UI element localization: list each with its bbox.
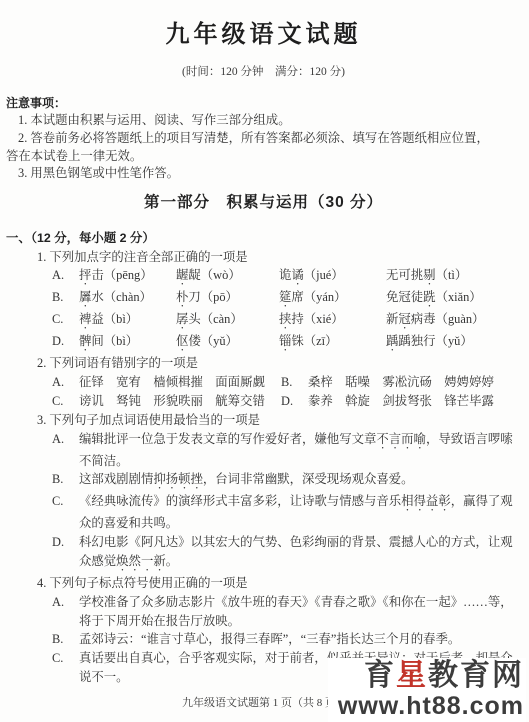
- q1-term: 诡谲（jué）: [279, 266, 386, 288]
- notes-block: 注意事项： 1. 本试题由积累与运用、阅读、写作三部分组成。 2. 答卷前务必将…: [6, 95, 521, 183]
- watermark-url: www.ht88.com: [338, 694, 524, 719]
- q1-term: 锱铢（zī）: [279, 332, 386, 354]
- option-label: B.: [52, 470, 79, 489]
- q1-row-a: A.抨击（pēng） 龌龊（wò） 诡谲（jué） 无可挑剔（tì）: [52, 266, 521, 288]
- note-item-2-line1: 2. 答卷前务必将答题纸上的项目写清楚，所有答案都必须涂、填写在答题纸相应位置，: [6, 130, 521, 148]
- q2-group-a: A.征铎 宽宥 樯倾楫摧 面面厮觑: [52, 373, 281, 392]
- q3-option-a: A.编辑批评一位急于发表文章的写作爱好者，嫌他写文章不言而喻，导致语言啰嗦不简洁…: [52, 430, 521, 471]
- q3-option-b: B.这部戏剧剧情抑扬顿挫，台词非常幽默，深受现场观众喜爱。: [52, 470, 521, 492]
- option-label: D.: [52, 332, 79, 351]
- option-label: C.: [52, 392, 79, 411]
- part-one-heading: 一、（12 分，每小题 2 分）: [6, 229, 521, 248]
- note-item-2-line2: 答在本试卷上一律无效。: [6, 148, 521, 166]
- option-label: D.: [281, 392, 308, 411]
- q3-option-c: C.《经典咏流传》的演绎形式丰富多彩，让诗歌与情感与音乐相得益彰，赢得了观众的喜…: [52, 492, 521, 533]
- q4-option-b: B.孟郊诗云：“谁言寸草心，报得三春晖”，“三春”指长达三个月的春季。: [52, 630, 521, 649]
- watermark: 育星教育网 www.ht88.com: [328, 658, 526, 722]
- option-label: A.: [52, 266, 79, 285]
- q1-term: 龌龊（wò）: [176, 266, 279, 288]
- exam-page: 九年级语文试题 (时间：120 分钟 满分：120 分) 注意事项： 1. 本试…: [0, 0, 529, 722]
- option-label: C.: [52, 492, 79, 511]
- q1-stem: 1. 下列加点字的注音全部正确的一项是: [37, 248, 521, 267]
- q1-term: C.裨益（bì）: [52, 310, 176, 332]
- option-label: A.: [52, 373, 79, 392]
- q1-term: A.抨击（pēng）: [52, 266, 176, 288]
- option-label: A.: [52, 430, 79, 449]
- q4-stem: 4. 下列句子标点符号使用正确的一项是: [37, 574, 521, 593]
- note-item-3: 3. 用黑色钢笔或中性笔作答。: [6, 165, 521, 183]
- q2-group-b: B.桑梓 聒噪 雾凇沆砀 娉娉婷婷: [281, 373, 521, 392]
- q1-term: 筵席（yán）: [279, 288, 386, 310]
- q2-group-c: C.谤讥 驽钝 形貌昳丽 觥筹交错: [52, 392, 281, 411]
- q2-stem: 2. 下列词语有错别字的一项是: [37, 354, 521, 373]
- q3-stem: 3. 下列句子加点词语使用最恰当的一项是: [37, 411, 521, 430]
- q1-term: 无可挑剔（tì）: [386, 266, 521, 288]
- note-item-1: 1. 本试题由积累与运用、阅读、写作三部分组成。: [6, 112, 521, 130]
- watermark-brand-accent: 星: [396, 659, 428, 692]
- q2-group-d: D.豢养 斡旋 剑拔弩张 锋芒毕露: [281, 392, 521, 411]
- q1-term: B.羼水（chàn）: [52, 288, 176, 310]
- option-label: A.: [52, 593, 79, 612]
- q2-row-cd: C.谤讥 驽钝 形貌昳丽 觥筹交错 D.豢养 斡旋 剑拔弩张 锋芒毕露: [52, 392, 521, 411]
- option-label: D.: [52, 533, 79, 552]
- q1-term: 新冠病毒（guàn）: [386, 310, 521, 332]
- q1-term: 朴刀（pō）: [176, 288, 279, 310]
- option-label: B.: [52, 288, 79, 307]
- q1-term: D.髀间（bì）: [52, 332, 176, 354]
- q1-row-b: B.羼水（chàn） 朴刀（pō） 筵席（yán） 免冠徒跣（xiǎn）: [52, 288, 521, 310]
- exam-meta-line: (时间：120 分钟 满分：120 分): [6, 63, 521, 82]
- option-label: C.: [52, 310, 79, 329]
- q1-row-c: C.裨益（bì） 孱头（càn） 挟持（xié） 新冠病毒（guàn）: [52, 310, 521, 332]
- option-label: C.: [52, 649, 79, 668]
- q1-term: 孱头（càn）: [176, 310, 279, 332]
- q1-term: 挟持（xié）: [279, 310, 386, 332]
- q3-option-d: D.科幻电影《阿凡达》以其宏大的气势、色彩绚丽的背景、震撼人心的方式，让观众感觉…: [52, 533, 521, 574]
- q1-term: 踽踽独行（yǔ）: [386, 332, 521, 354]
- q2-row-ab: A.征铎 宽宥 樯倾楫摧 面面厮觑 B.桑梓 聒噪 雾凇沆砀 娉娉婷婷: [52, 373, 521, 392]
- option-label: B.: [52, 630, 79, 649]
- q4-option-a: A.学校准备了众多励志影片《放牛班的春天》《青春之歌》《和你在一起》……等，将于…: [52, 593, 521, 631]
- notes-heading: 注意事项：: [6, 95, 521, 113]
- q1-term: 伛偻（yǔ）: [176, 332, 279, 354]
- option-label: B.: [281, 373, 308, 392]
- section-heading: 第一部分 积累与运用（30 分）: [6, 192, 521, 213]
- page-title: 九年级语文试题: [6, 20, 521, 50]
- q1-row-d: D.髀间（bì） 伛偻（yǔ） 锱铢（zī） 踽踽独行（yǔ）: [52, 332, 521, 354]
- watermark-brand: 育星教育网: [338, 661, 524, 691]
- q1-term: 免冠徒跣（xiǎn）: [386, 288, 521, 310]
